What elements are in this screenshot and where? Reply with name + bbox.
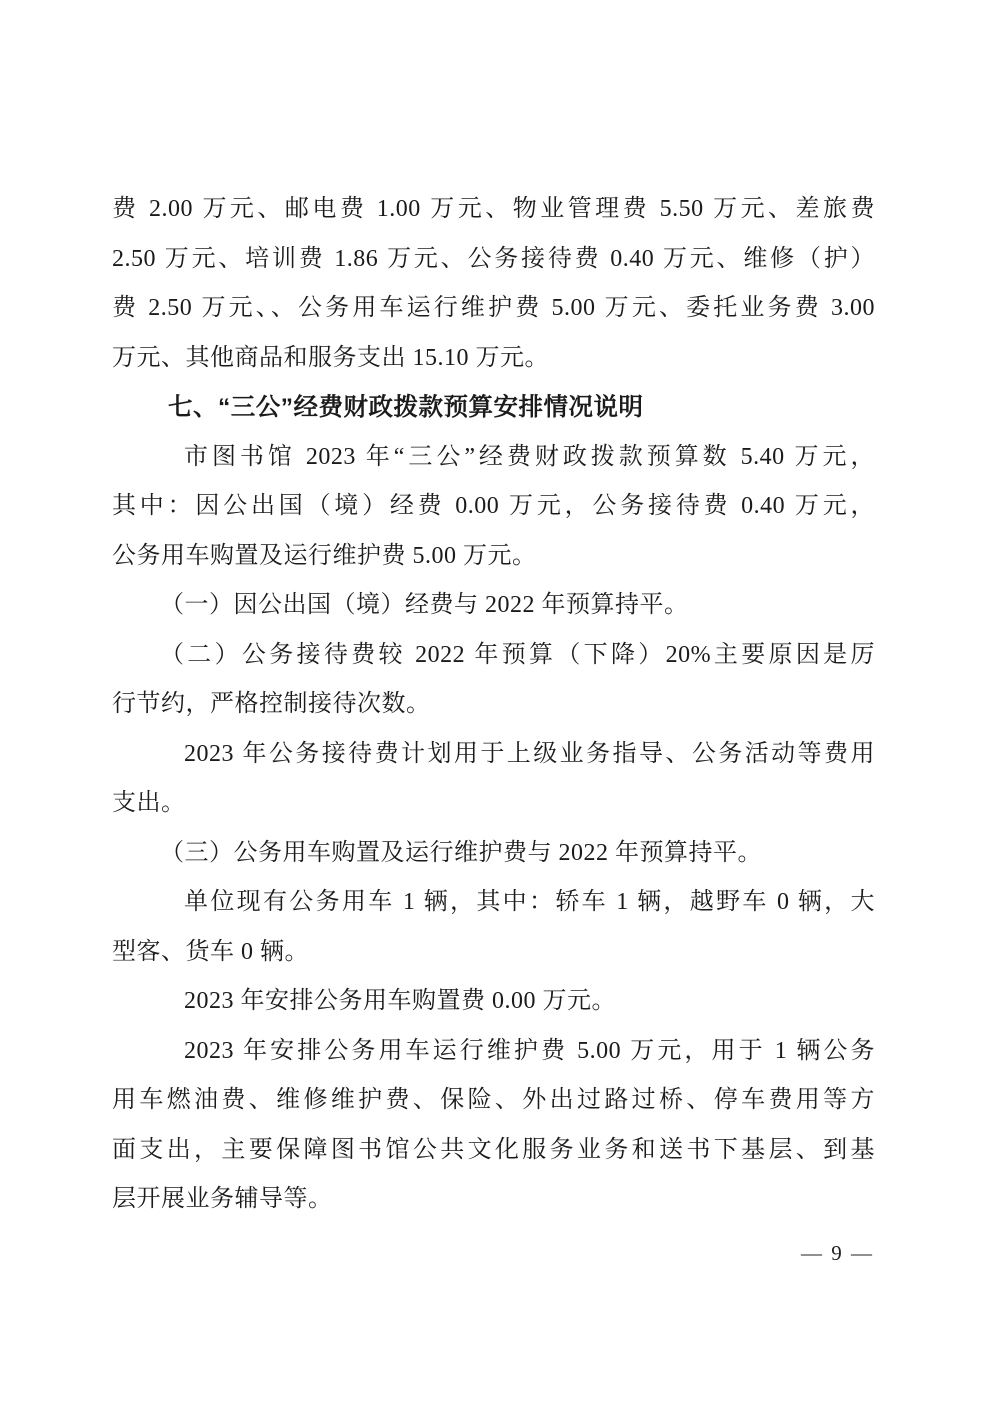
text-line: 其中：因公出国（境）经费 0.00 万元，公务接待费 0.40 万元， xyxy=(112,482,875,532)
text-line: 2.50 万元、培训费 1.86 万元、公务接待费 0.40 万元、维修（护） xyxy=(112,235,875,285)
text-line: 市图书馆 2023 年“三公”经费财政拨款预算数 5.40 万元， xyxy=(112,433,875,483)
text-line: 用车燃油费、维修维护费、保险、外出过路过桥、停车费用等方 xyxy=(112,1076,875,1126)
text-line: 2023 年安排公务用车运行维护费 5.00 万元，用于 1 辆公务 xyxy=(112,1027,875,1077)
text-line: 单位现有公务用车 1 辆，其中：轿车 1 辆，越野车 0 辆，大 xyxy=(112,878,875,928)
text-line: 2023 年安排公务用车购置费 0.00 万元。 xyxy=(112,977,875,1027)
text-line: 支出。 xyxy=(112,779,875,829)
text-line: 层开展业务辅导等。 xyxy=(112,1175,875,1225)
text-line: 公务用车购置及运行维护费 5.00 万元。 xyxy=(112,532,875,582)
text-line: 面支出，主要保障图书馆公共文化服务业务和送书下基层、到基 xyxy=(112,1126,875,1176)
document-body: 费 2.00 万元、邮电费 1.00 万元、物业管理费 5.50 万元、差旅费 … xyxy=(112,185,875,1225)
page-number: — 9 — xyxy=(801,1238,874,1268)
text-line: （三）公务用车购置及运行维护费与 2022 年预算持平。 xyxy=(112,829,875,879)
text-line: 行节约，严格控制接待次数。 xyxy=(112,680,875,730)
text-line: 型客、货车 0 辆。 xyxy=(112,928,875,978)
text-line: （二）公务接待费较 2022 年预算（下降）20%主要原因是厉 xyxy=(112,631,875,681)
section-heading: 七、“三公”经费财政拨款预算安排情况说明 xyxy=(112,383,875,433)
text-line: 费 2.50 万元、、公务用车运行维护费 5.00 万元、委托业务费 3.00 xyxy=(112,284,875,334)
text-line: 2023 年公务接待费计划用于上级业务指导、公务活动等费用 xyxy=(112,730,875,780)
text-line: 费 2.00 万元、邮电费 1.00 万元、物业管理费 5.50 万元、差旅费 xyxy=(112,185,875,235)
text-line: （一）因公出国（境）经费与 2022 年预算持平。 xyxy=(112,581,875,631)
text-line: 万元、其他商品和服务支出 15.10 万元。 xyxy=(112,334,875,384)
document-page: 费 2.00 万元、邮电费 1.00 万元、物业管理费 5.50 万元、差旅费 … xyxy=(0,0,992,1403)
